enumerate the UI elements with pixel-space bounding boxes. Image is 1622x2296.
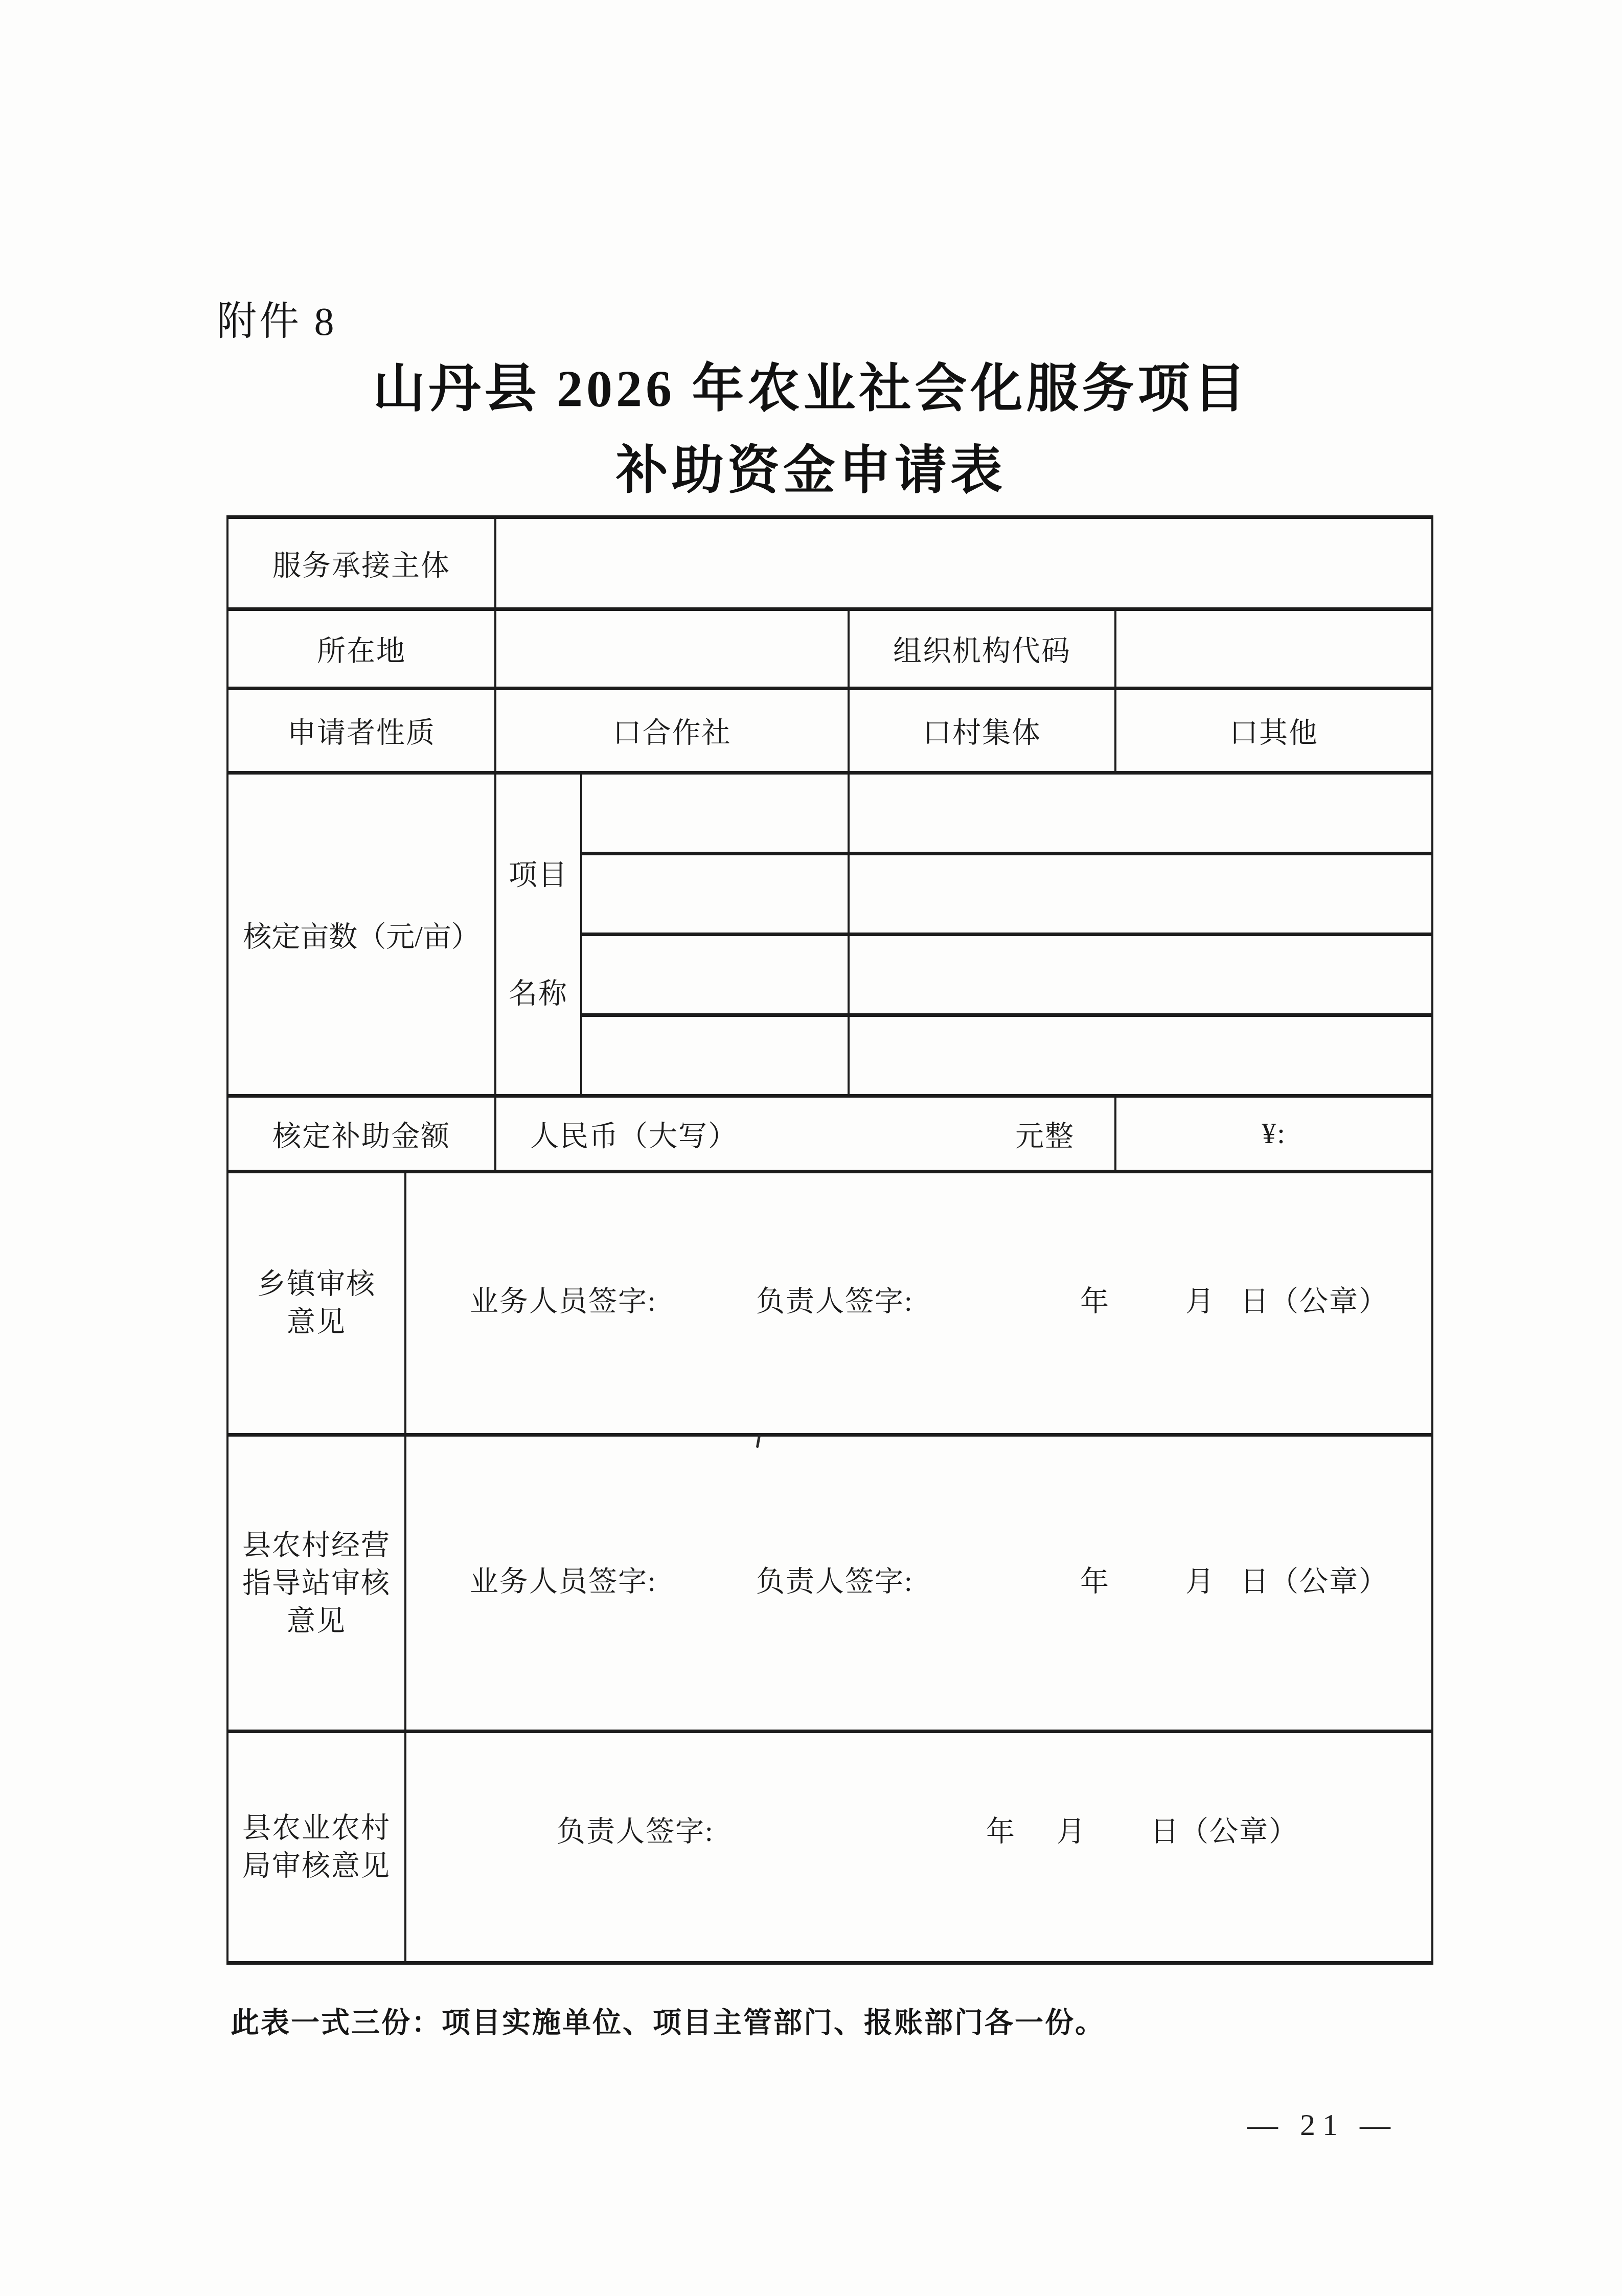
county-bureau-review-area[interactable]: 负责人签字: 年 月 日（公章） bbox=[405, 1732, 1432, 1963]
row-project-1: 核定亩数（元/亩） 项目 名称 bbox=[227, 773, 1432, 854]
county-station-review-label: 县农村经营 指导站审核 意见 bbox=[227, 1435, 405, 1732]
option-cooperative[interactable]: 口合作社 bbox=[495, 689, 849, 773]
staff-signature-label: 业务人员签字: bbox=[470, 1279, 657, 1320]
option-village-collective[interactable]: 口村集体 bbox=[849, 689, 1115, 773]
project-name-line2: 名称 bbox=[496, 979, 580, 1009]
project-2-name-input[interactable] bbox=[581, 854, 849, 935]
county-bureau-line1: 县农业农村 bbox=[229, 1809, 404, 1847]
township-signature-line: 业务人员签字: 负责人签字: 年 月 日（公章） bbox=[406, 1272, 1431, 1334]
row-county-station-review: 县农村经营 指导站审核 意见 业务人员签字: 负责人签字: 年 月 日（公章） bbox=[227, 1435, 1432, 1732]
county-bureau-line2: 局审核意见 bbox=[229, 1847, 404, 1885]
township-review-area[interactable]: 业务人员签字: 负责人签字: 年 月 日（公章） bbox=[405, 1172, 1432, 1435]
row-applicant-nature: 申请者性质 口合作社 口村集体 口其他 bbox=[227, 689, 1432, 773]
page-number: — 21 — bbox=[1247, 2107, 1398, 2143]
county-station-line1: 县农村经营 bbox=[229, 1527, 404, 1564]
month-label: 月 bbox=[1185, 1279, 1215, 1320]
row-approved-subsidy: 核定补助金额 人民币（大写） 元整 ¥: bbox=[227, 1096, 1432, 1172]
service-entity-input[interactable] bbox=[495, 517, 1432, 609]
day-seal-label: 日（公章） bbox=[1240, 1279, 1388, 1320]
page-title-line1: 山丹县 2026 年农业社会化服务项目 bbox=[0, 349, 1622, 430]
year-label: 年 bbox=[986, 1809, 1016, 1850]
yuan-suffix-label: 元整 bbox=[1015, 1113, 1075, 1154]
month-label: 月 bbox=[1185, 1559, 1215, 1600]
location-label: 所在地 bbox=[227, 609, 495, 689]
county-bureau-review-label: 县农业农村 局审核意见 bbox=[227, 1732, 405, 1963]
county-bureau-signature-line: 负责人签字: 年 月 日（公章） bbox=[406, 1816, 1431, 1878]
county-station-line3: 意见 bbox=[229, 1602, 404, 1640]
county-station-line2: 指导站审核 bbox=[229, 1564, 404, 1602]
day-seal-label: 日（公章） bbox=[1150, 1809, 1298, 1850]
project-3-value-input[interactable] bbox=[849, 935, 1432, 1015]
row-township-review: 乡镇审核 意见 业务人员签字: 负责人签字: 年 月 日（公章） bbox=[227, 1172, 1432, 1435]
project-3-name-input[interactable] bbox=[581, 935, 849, 1015]
document-page: 附件 8 山丹县 2026 年农业社会化服务项目 补助资金申请表 服务承接主体 … bbox=[0, 0, 1622, 2296]
project-name-label: 项目 名称 bbox=[495, 773, 581, 1096]
footnote: 此表一式三份：项目实施单位、项目主管部门、报账部门各一份。 bbox=[231, 2000, 1105, 2041]
row-service-entity: 服务承接主体 bbox=[227, 517, 1432, 609]
location-input[interactable] bbox=[495, 609, 849, 689]
rmb-words-label: 人民币（大写） bbox=[530, 1113, 738, 1154]
applicant-nature-label: 申请者性质 bbox=[227, 689, 495, 773]
project-2-value-input[interactable] bbox=[849, 854, 1432, 935]
option-other[interactable]: 口其他 bbox=[1115, 689, 1432, 773]
head-signature-label: 负责人签字: bbox=[557, 1809, 714, 1850]
page-title: 山丹县 2026 年农业社会化服务项目 补助资金申请表 bbox=[0, 349, 1622, 512]
staff-signature-label: 业务人员签字: bbox=[470, 1559, 657, 1600]
day-seal-label: 日（公章） bbox=[1240, 1559, 1388, 1600]
head-signature-label: 负责人签字: bbox=[756, 1279, 913, 1320]
row-location: 所在地 组织机构代码 bbox=[227, 609, 1432, 689]
project-1-name-input[interactable] bbox=[581, 773, 849, 854]
service-entity-label: 服务承接主体 bbox=[227, 517, 495, 609]
amount-figures-cell[interactable]: ¥: bbox=[1115, 1096, 1432, 1172]
attachment-label: 附件 8 bbox=[217, 289, 337, 347]
approved-area-label: 核定亩数（元/亩） bbox=[227, 773, 495, 1096]
approved-subsidy-label: 核定补助金额 bbox=[227, 1096, 495, 1172]
org-code-input[interactable] bbox=[1115, 609, 1432, 689]
month-label: 月 bbox=[1057, 1809, 1086, 1850]
township-review-line1: 乡镇审核 bbox=[229, 1265, 404, 1303]
page-title-line2: 补助资金申请表 bbox=[0, 430, 1622, 512]
county-station-review-area[interactable]: 业务人员签字: 负责人签字: 年 月 日（公章） bbox=[405, 1435, 1432, 1732]
project-4-name-input[interactable] bbox=[581, 1015, 849, 1096]
project-4-value-input[interactable] bbox=[849, 1015, 1432, 1096]
org-code-label: 组织机构代码 bbox=[849, 609, 1115, 689]
project-1-value-input[interactable] bbox=[849, 773, 1432, 854]
subsidy-amount-words-cell[interactable]: 人民币（大写） 元整 bbox=[495, 1096, 1115, 1172]
application-form-table: 服务承接主体 所在地 组织机构代码 申请者性质 口合作社 口村集体 口其他 核定… bbox=[226, 515, 1433, 1965]
county-station-signature-line: 业务人员签字: 负责人签字: 年 月 日（公章） bbox=[406, 1553, 1431, 1614]
township-review-label: 乡镇审核 意见 bbox=[227, 1172, 405, 1435]
project-name-line1: 项目 bbox=[496, 860, 580, 891]
head-signature-label: 负责人签字: bbox=[756, 1559, 913, 1600]
township-review-line2: 意见 bbox=[229, 1303, 404, 1341]
row-county-bureau-review: 县农业农村 局审核意见 负责人签字: 年 月 日（公章） bbox=[227, 1732, 1432, 1963]
year-label: 年 bbox=[1080, 1279, 1110, 1320]
year-label: 年 bbox=[1080, 1559, 1110, 1600]
